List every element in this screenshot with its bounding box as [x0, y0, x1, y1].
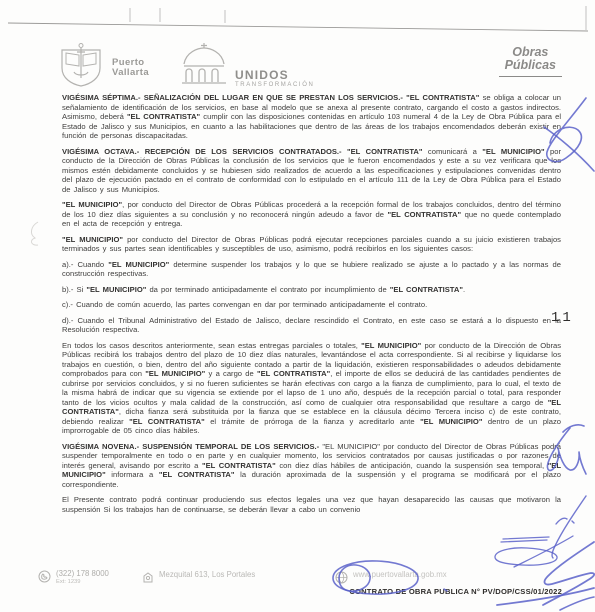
pv-logo-line2: Vallarta: [112, 68, 149, 78]
paragraph: b).- Si "EL MUNICIPIO" da por terminado …: [62, 285, 561, 295]
obras-logo-line2: Públicas: [505, 59, 556, 72]
paragraph: En todos los casos descritos anteriormen…: [62, 341, 561, 436]
page-number: 11: [551, 310, 574, 326]
kiosk-icon: [180, 42, 228, 89]
phone-icon: [38, 570, 51, 585]
unidos-logo: UNIDOS TRANSFORMACIÓN: [180, 42, 314, 89]
footer-phone-ext: Ext: 1239: [56, 579, 109, 585]
footer-website: www.puertovallarta.gob.mx: [335, 570, 447, 586]
paragraph: VIGÉSIMA SÉPTIMA.- SEÑALIZACIÓN DEL LUGA…: [62, 93, 561, 141]
footer-website-url: www.puertovallarta.gob.mx: [353, 570, 447, 579]
pv-logo-line1: Puerto: [112, 58, 149, 68]
paragraph: "EL MUNICIPIO" por conducto del Director…: [62, 235, 561, 254]
globe-icon: [335, 571, 348, 586]
footer-phone-number: (322) 178 8000: [56, 569, 109, 578]
paragraph: d).- Cuando el Tribunal Administrativo d…: [62, 316, 561, 335]
paragraph: "EL MUNICIPIO", por conducto del Directo…: [62, 200, 561, 229]
paragraph: VIGÉSIMA NOVENA.- SUSPENSIÓN TEMPORAL DE…: [62, 442, 561, 490]
scan-edge-line: [8, 23, 588, 31]
obras-publicas-logo: Obras Públicas: [499, 46, 562, 77]
contract-number: CONTRATO DE OBRA PUBLICA N° PV/DOP/CSS/0…: [349, 587, 562, 596]
paragraph: El Presente contrato podrá continuar pro…: [62, 495, 561, 514]
footer-address-text: Mezquital 613, Los Portales: [159, 570, 255, 579]
footer-phone: (322) 178 8000 Ext: 1239: [38, 569, 109, 585]
unidos-logo-line1: UNIDOS: [235, 69, 314, 81]
pv-crest-icon: [56, 42, 106, 93]
puerto-vallarta-logo: Puerto Vallarta: [56, 42, 149, 93]
footer-address: Mezquital 613, Los Portales: [142, 570, 255, 586]
unidos-logo-line2: TRANSFORMACIÓN: [235, 81, 314, 89]
paragraph: VIGÉSIMA OCTAVA.- RECEPCIÓN DE LOS SERVI…: [62, 147, 561, 195]
location-pin-icon: [142, 571, 154, 586]
document-footer: (322) 178 8000 Ext: 1239 Mezquital 613, …: [0, 565, 595, 612]
paragraph: a).- Cuando "EL MUNICIPIO" determine sus…: [62, 260, 561, 279]
scanned-contract-page: Puerto Vallarta UNIDOS TRANSFORMACIÓN Ob…: [0, 0, 595, 612]
scan-artifact: [31, 222, 38, 245]
document-body: VIGÉSIMA SÉPTIMA.- SEÑALIZACIÓN DEL LUGA…: [62, 93, 561, 520]
document-header: Puerto Vallarta UNIDOS TRANSFORMACIÓN Ob…: [0, 40, 595, 92]
pen-strikethrough: [495, 536, 573, 567]
paragraph: c).- Cuando de común acuerdo, las partes…: [62, 300, 561, 310]
